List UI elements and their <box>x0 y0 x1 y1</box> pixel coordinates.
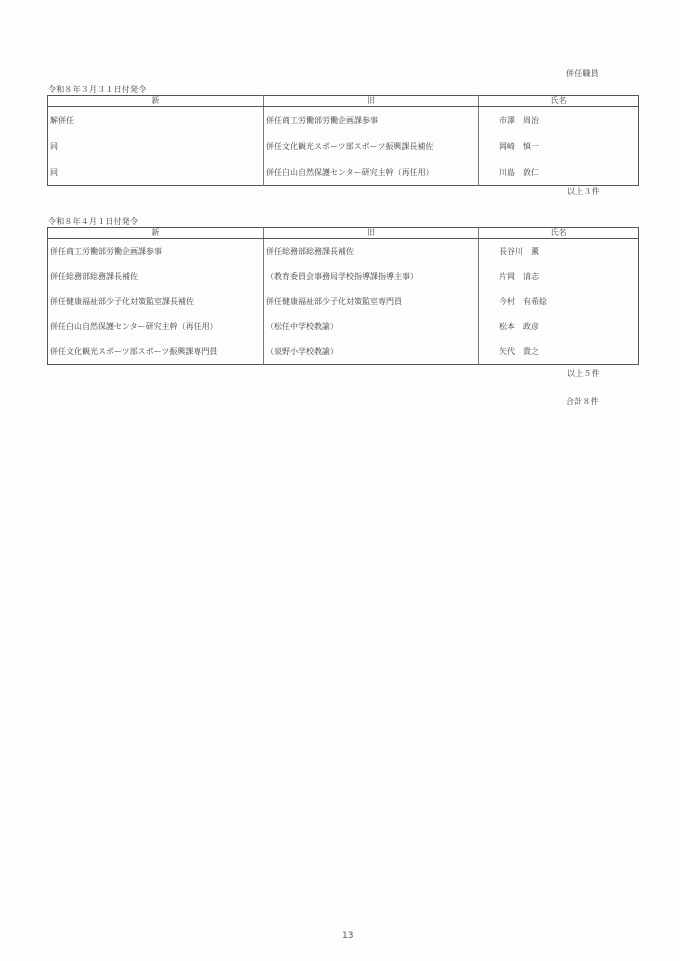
table-row: 解併任 併任商工労働部労働企画課参事 市澤周治 <box>48 107 639 134</box>
given-name: 政彦 <box>523 322 539 331</box>
personnel-table-2: 新 旧 氏名 併任商工労働部労働企画課参事 併任総務部総務課長補佐 長谷川薫 併… <box>47 227 639 365</box>
surname: 市澤 <box>499 115 515 126</box>
cell-name: 川島敦仁 <box>479 159 639 186</box>
cell-new: 併任総務部総務課長補佐 <box>48 264 264 289</box>
cell-new: 同 <box>48 159 264 186</box>
document-category: 併任職員 <box>566 68 599 79</box>
col-header-new: 新 <box>48 228 264 239</box>
cell-new: 併任文化観光スポーツ部スポーツ振興課専門員 <box>48 339 264 365</box>
given-name: 貴之 <box>523 347 539 356</box>
cell-new: 同 <box>48 133 264 159</box>
col-header-new: 新 <box>48 96 264 107</box>
cell-name: 市澤周治 <box>479 107 639 134</box>
surname: 片岡 <box>499 271 515 282</box>
section-count-2: 以上５件 <box>567 368 600 379</box>
cell-name: 今村有希絵 <box>479 289 639 314</box>
col-header-name: 氏名 <box>479 228 639 239</box>
table-header: 新 旧 氏名 <box>48 228 639 239</box>
personnel-table-1: 新 旧 氏名 解併任 併任商工労働部労働企画課参事 市澤周治 同 併任文化観光ス… <box>47 95 639 186</box>
given-name: 清志 <box>523 272 539 281</box>
page-number: 13 <box>342 931 353 941</box>
table-row: 併任総務部総務課長補佐 （教育委員会事務局学校指導課指導主事） 片岡清志 <box>48 264 639 289</box>
cell-old: （泉野小学校教諭） <box>264 339 479 365</box>
table-row: 併任白山自然保護センター研究主幹（再任用） （松任中学校教諭） 松本政彦 <box>48 314 639 339</box>
grand-total: 合計８件 <box>566 396 599 407</box>
table-row: 併任商工労働部労働企画課参事 併任総務部総務課長補佐 長谷川薫 <box>48 239 639 265</box>
cell-name: 片岡清志 <box>479 264 639 289</box>
col-header-name: 氏名 <box>479 96 639 107</box>
given-name: 慎一 <box>523 142 539 151</box>
cell-old: 併任商工労働部労働企画課参事 <box>264 107 479 134</box>
cell-old: 併任健康福祉部少子化対策監室専門員 <box>264 289 479 314</box>
cell-new: 併任商工労働部労働企画課参事 <box>48 239 264 265</box>
cell-new: 併任健康福祉部少子化対策監室課長補佐 <box>48 289 264 314</box>
table-row: 同 併任文化観光スポーツ部スポーツ振興課長補佐 岡崎慎一 <box>48 133 639 159</box>
table-row: 併任健康福祉部少子化対策監室課長補佐 併任健康福祉部少子化対策監室専門員 今村有… <box>48 289 639 314</box>
cell-old: 併任白山自然保護センター研究主幹（再任用） <box>264 159 479 186</box>
col-header-old: 旧 <box>264 96 479 107</box>
surname: 長谷川 <box>499 246 523 257</box>
surname: 川島 <box>499 167 515 178</box>
given-name: 周治 <box>523 116 539 125</box>
cell-old: （松任中学校教諭） <box>264 314 479 339</box>
cell-name: 松本政彦 <box>479 314 639 339</box>
surname: 松本 <box>499 321 515 332</box>
given-name: 有希絵 <box>523 297 547 306</box>
given-name: 薫 <box>531 247 539 256</box>
table-header: 新 旧 氏名 <box>48 96 639 107</box>
issue-date-2: 令和８年４月１日付発令 <box>48 216 138 227</box>
cell-name: 長谷川薫 <box>479 239 639 265</box>
cell-old: 併任総務部総務課長補佐 <box>264 239 479 265</box>
surname: 矢代 <box>499 346 515 357</box>
cell-old: 併任文化観光スポーツ部スポーツ振興課長補佐 <box>264 133 479 159</box>
cell-new: 併任白山自然保護センター研究主幹（再任用） <box>48 314 264 339</box>
cell-old: （教育委員会事務局学校指導課指導主事） <box>264 264 479 289</box>
surname: 今村 <box>499 296 515 307</box>
cell-new: 解併任 <box>48 107 264 134</box>
given-name: 敦仁 <box>523 168 539 177</box>
table-row: 併任文化観光スポーツ部スポーツ振興課専門員 （泉野小学校教諭） 矢代貴之 <box>48 339 639 365</box>
cell-name: 矢代貴之 <box>479 339 639 365</box>
issue-date-1: 令和８年３月３１日付発令 <box>48 84 146 95</box>
section-count-1: 以上３件 <box>567 186 600 197</box>
col-header-old: 旧 <box>264 228 479 239</box>
surname: 岡崎 <box>499 141 515 152</box>
table-row: 同 併任白山自然保護センター研究主幹（再任用） 川島敦仁 <box>48 159 639 186</box>
cell-name: 岡崎慎一 <box>479 133 639 159</box>
